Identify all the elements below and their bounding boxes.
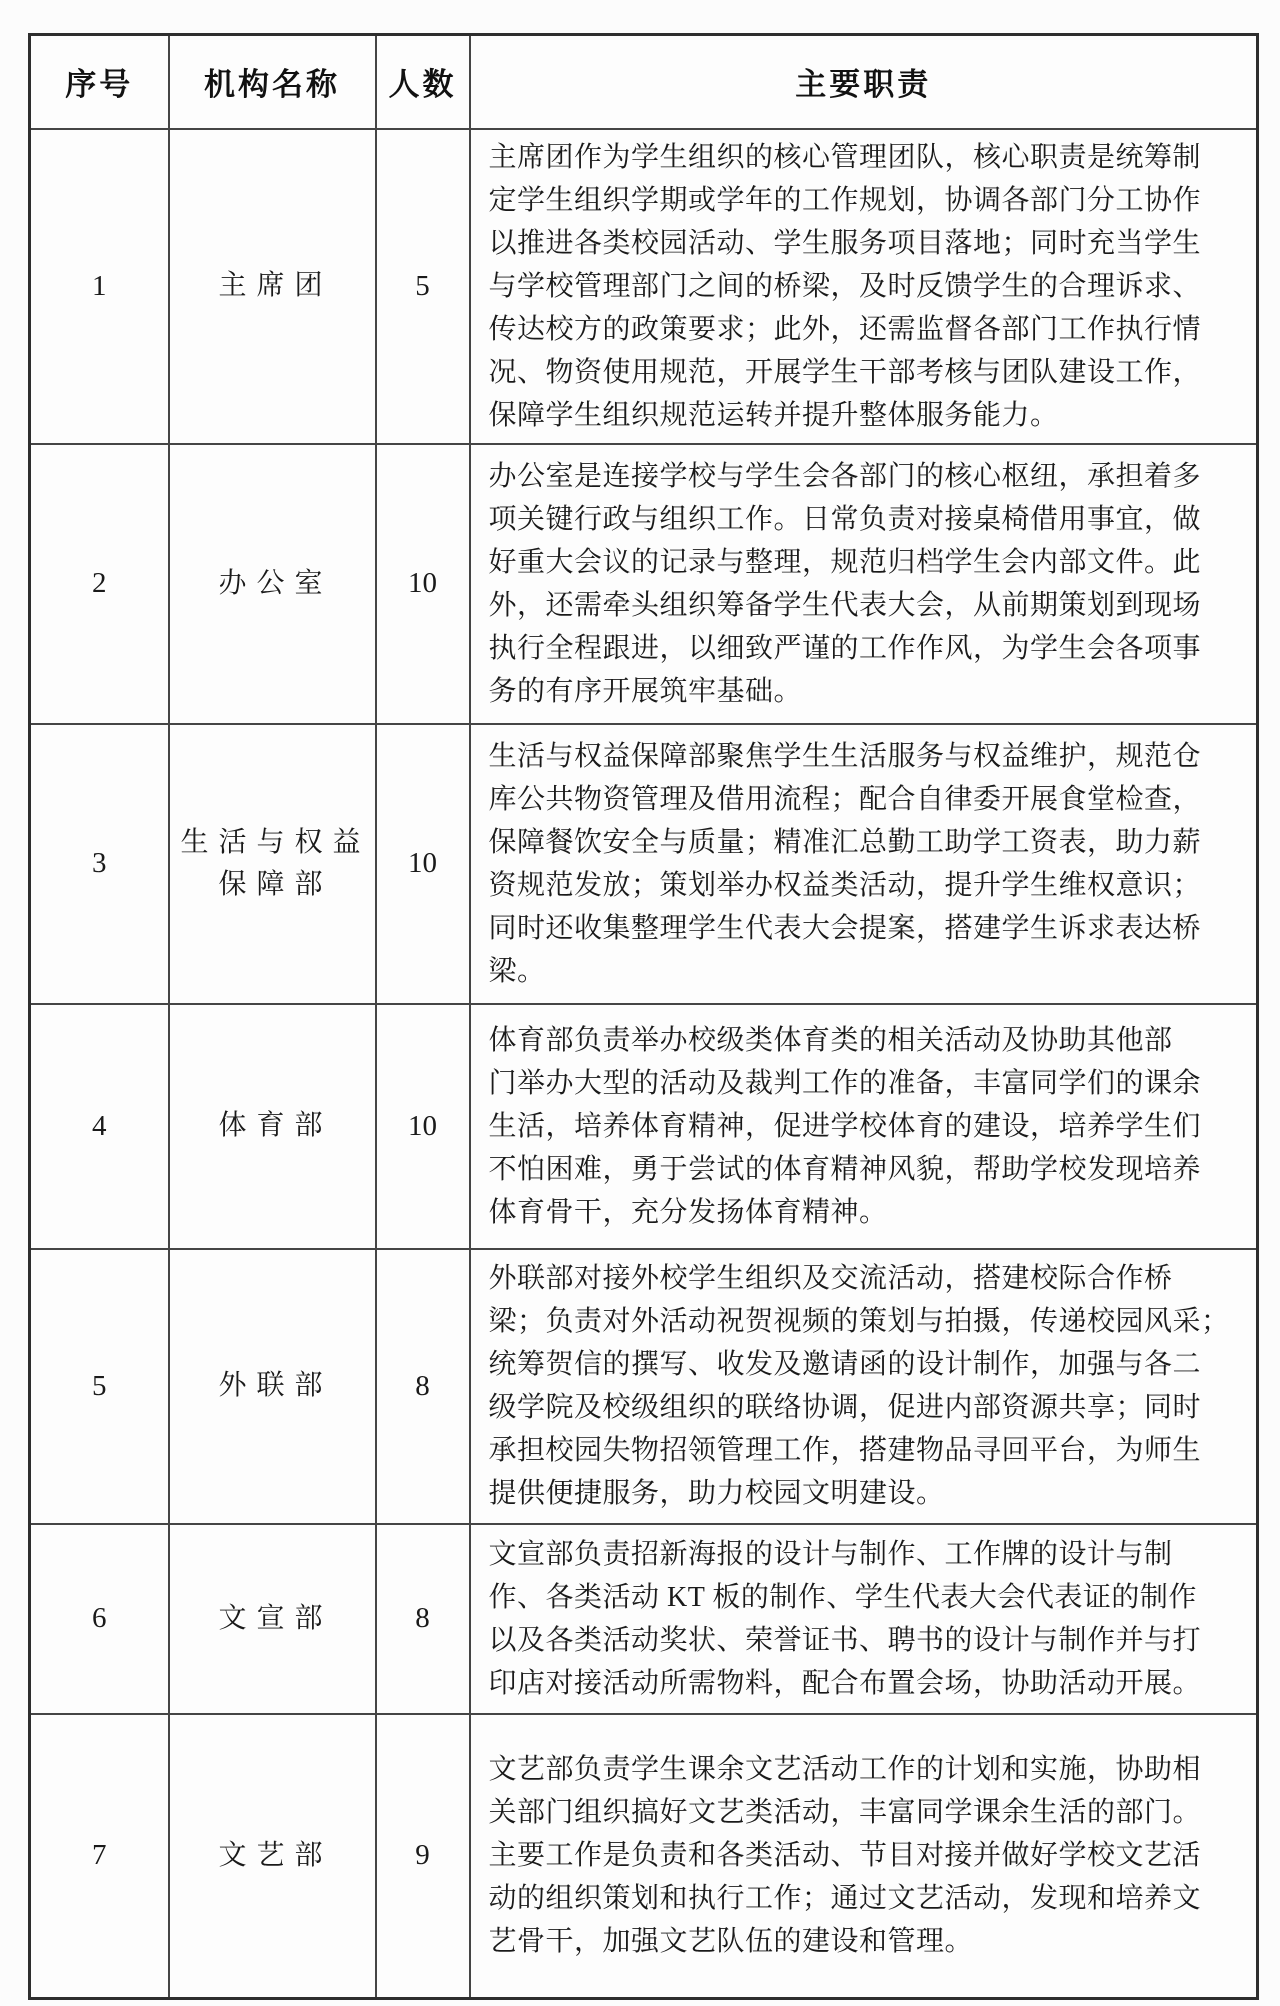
duty-cell: 生活与权益保障部聚焦学生生活服务与权益维护，规范仓 库公共物资管理及借用流程；配… [470, 724, 1258, 1004]
org-name-cell: 生活与权益 保障部 [169, 724, 376, 1004]
table-row: 7 文艺部 9 文艺部负责学生课余文艺活动工作的计划和实施，协助相 关部门组织搞… [30, 1714, 1258, 1999]
member-count-cell: 10 [376, 724, 470, 1004]
duty-cell: 文艺部负责学生课余文艺活动工作的计划和实施，协助相 关部门组织搞好文艺类活动，丰… [470, 1714, 1258, 1999]
member-count-cell: 5 [376, 129, 470, 444]
member-count-cell: 8 [376, 1249, 470, 1524]
org-name-cell: 主席团 [169, 129, 376, 444]
row-number-cell: 7 [30, 1714, 169, 1999]
duty-cell: 外联部对接外校学生组织及交流活动，搭建校际合作桥 梁；负责对外活动祝贺视频的策划… [470, 1249, 1258, 1524]
duty-cell: 办公室是连接学校与学生会各部门的核心枢纽，承担着多 项关键行政与组织工作。日常负… [470, 444, 1258, 724]
scanned-table-page: { "table": { "headers": ["序号", "机构名称", "… [0, 0, 1280, 2006]
member-count-cell: 9 [376, 1714, 470, 1999]
member-count-cell: 8 [376, 1524, 470, 1714]
member-count-cell: 10 [376, 1004, 470, 1249]
duty-cell: 体育部负责举办校级类体育类的相关活动及协助其他部 门举办大型的活动及裁判工作的准… [470, 1004, 1258, 1249]
header-no: 序号 [30, 35, 169, 129]
table-row: 2 办公室 10 办公室是连接学校与学生会各部门的核心枢纽，承担着多 项关键行政… [30, 444, 1258, 724]
header-duty: 主要职责 [470, 35, 1258, 129]
table-row: 4 体育部 10 体育部负责举办校级类体育类的相关活动及协助其他部 门举办大型的… [30, 1004, 1258, 1249]
row-number-cell: 6 [30, 1524, 169, 1714]
table-row: 3 生活与权益 保障部 10 生活与权益保障部聚焦学生生活服务与权益维护，规范仓… [30, 724, 1258, 1004]
org-name-cell: 文宣部 [169, 1524, 376, 1714]
row-number-cell: 1 [30, 129, 169, 444]
member-count-cell: 10 [376, 444, 470, 724]
table-row: 6 文宣部 8 文宣部负责招新海报的设计与制作、工作牌的设计与制 作、各类活动 … [30, 1524, 1258, 1714]
row-number-cell: 3 [30, 724, 169, 1004]
row-number-cell: 5 [30, 1249, 169, 1524]
row-number-cell: 4 [30, 1004, 169, 1249]
student-org-structure-table: 序号 机构名称 人数 主要职责 1 主席团 5 主席团作为学生组织的核心管理团队… [28, 33, 1259, 2000]
org-name-cell: 办公室 [169, 444, 376, 724]
org-name-cell: 文艺部 [169, 1714, 376, 1999]
table-body: 1 主席团 5 主席团作为学生组织的核心管理团队，核心职责是统筹制 定学生组织学… [30, 129, 1258, 1999]
header-count: 人数 [376, 35, 470, 129]
table-row: 5 外联部 8 外联部对接外校学生组织及交流活动，搭建校际合作桥 梁；负责对外活… [30, 1249, 1258, 1524]
org-name-cell: 体育部 [169, 1004, 376, 1249]
header-name: 机构名称 [169, 35, 376, 129]
table-header: 序号 机构名称 人数 主要职责 [30, 35, 1258, 129]
duty-cell: 文宣部负责招新海报的设计与制作、工作牌的设计与制 作、各类活动 KT 板的制作、… [470, 1524, 1258, 1714]
duty-cell: 主席团作为学生组织的核心管理团队，核心职责是统筹制 定学生组织学期或学年的工作规… [470, 129, 1258, 444]
table-row: 1 主席团 5 主席团作为学生组织的核心管理团队，核心职责是统筹制 定学生组织学… [30, 129, 1258, 444]
row-number-cell: 2 [30, 444, 169, 724]
org-name-cell: 外联部 [169, 1249, 376, 1524]
header-row: 序号 机构名称 人数 主要职责 [30, 35, 1258, 129]
